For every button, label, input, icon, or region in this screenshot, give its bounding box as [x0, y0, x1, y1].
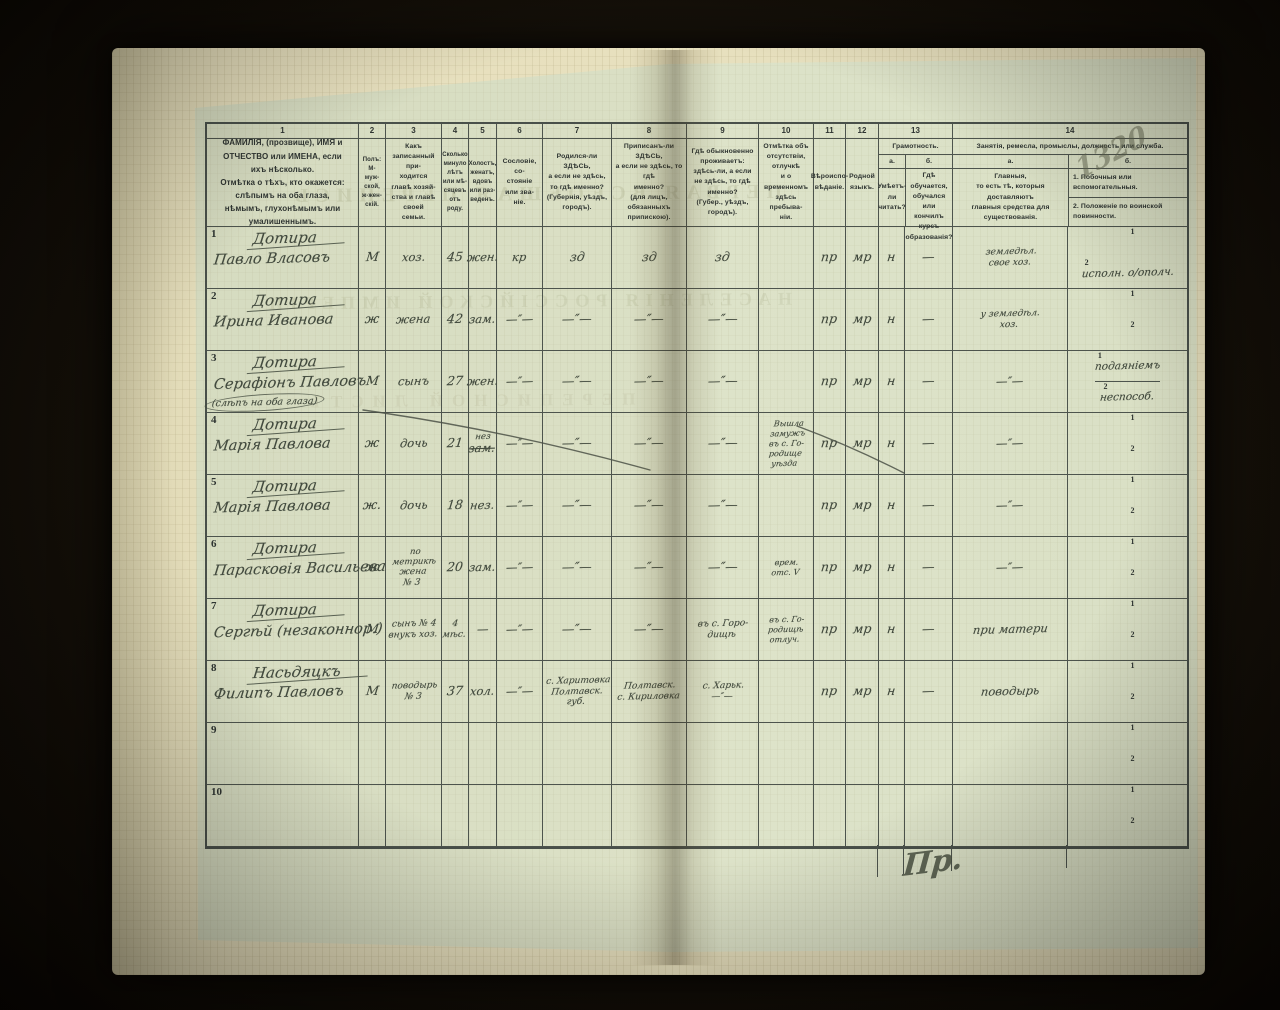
cell-r1-c6: кр	[497, 227, 543, 289]
handwritten-value: мр	[852, 560, 872, 575]
cell-r1-c4: 45	[442, 227, 469, 289]
cell-r2-c3: жена	[386, 289, 442, 351]
cell-r2-c7: —″—	[543, 289, 612, 351]
cell-r5-c9: —″—	[687, 475, 759, 537]
cell-r7-c9: въ с. Горо- дищѣ	[687, 599, 759, 661]
handwritten-value: н	[887, 312, 897, 327]
cell-r8-c10	[759, 661, 814, 723]
handwritten-value: въ с. Горо- дищѣ	[696, 618, 749, 641]
cell-r6-c14a: —″—	[953, 537, 1068, 599]
cell-r5-c6: —″—	[497, 475, 543, 537]
cell-r5-c14b: 12	[1068, 475, 1187, 537]
handwritten-value: зд	[714, 250, 730, 265]
cell-r1-c12: мр	[846, 227, 879, 289]
cell-r7-c5: —	[469, 599, 497, 661]
col11-number: 11	[814, 124, 846, 139]
subcell-number: 2	[1131, 631, 1135, 639]
handwritten-l1: Дотира	[252, 477, 318, 496]
cell-r3-c3: сынъ	[386, 351, 442, 413]
cell-r2-c11: пр	[814, 289, 846, 351]
handwritten-value: —	[921, 684, 935, 699]
cell-r10-c3	[386, 785, 442, 847]
row-number: 3	[211, 353, 217, 364]
handwritten-value: мр	[852, 250, 872, 265]
handwritten-value: —″—	[707, 498, 738, 514]
cell-r8-c3: поводырь № 3	[386, 661, 442, 723]
handwritten-l1: Дотира	[252, 291, 318, 310]
handwritten-value: —″—	[505, 374, 534, 388]
handwritten-value: 20	[446, 560, 464, 575]
cell-r5-c5: нез.	[469, 475, 497, 537]
col10-header: Отмѣтка объ отсутствіи, отлучкѣ и о врем…	[759, 139, 814, 227]
handwritten-value: —″—	[633, 498, 664, 514]
cell-r1-c5: жен.	[469, 227, 497, 289]
cell-r5-c12: мр	[846, 475, 879, 537]
row-3-name-cell: 3ДотираСерафіонъ Павловъ(слѣпъ на оба гл…	[207, 351, 359, 413]
cell-r7-c13a: н	[879, 599, 905, 661]
handwritten-value: М	[365, 622, 380, 637]
handwritten-value: 42	[446, 312, 464, 327]
cell-r9-c10	[759, 723, 814, 785]
subcell-2: 2исполн. о/ополч.	[1082, 258, 1174, 288]
handwritten-value: зам.	[469, 560, 497, 574]
cell-r5-c14a: —″—	[953, 475, 1068, 537]
handwritten-value: —″—	[996, 374, 1025, 388]
col9-header: Гдѣ обыкновенно проживаетъ: здѣсь-ли, а …	[687, 139, 759, 227]
cell-r3-c12: мр	[846, 351, 879, 413]
cell-r7-c13b: —	[905, 599, 953, 661]
cell-r9-c7	[543, 723, 612, 785]
handwritten-value: нез.	[470, 498, 496, 512]
row-number: 10	[211, 787, 222, 798]
cell-r10-c6	[497, 785, 543, 847]
handwritten-value: н	[887, 436, 897, 451]
handwritten-value: —	[921, 436, 935, 451]
handwritten-value: —″—	[996, 498, 1025, 512]
cell-r1-c8: зд	[612, 227, 687, 289]
cell-r4-c14a: —″—	[953, 413, 1068, 475]
cell-r3-c14b: 1подаяніемъ2неспособ.	[1068, 351, 1187, 413]
handwritten-value: неспособ.	[1100, 390, 1156, 404]
cell-r4-c4: 21	[442, 413, 469, 475]
handwritten-value: 18	[446, 498, 464, 513]
row-number: 9	[211, 725, 217, 736]
cell-r9-c6	[497, 723, 543, 785]
row-number: 6	[211, 539, 217, 550]
cell-r4-c2: ж	[359, 413, 386, 475]
handwritten-value: мр	[852, 684, 872, 699]
handwritten-value: —″—	[561, 622, 592, 638]
subcell-1: 1подаяніемъ	[1095, 351, 1160, 382]
handwritten-value: пр	[821, 684, 839, 699]
row-number: 4	[211, 415, 217, 426]
handwritten-value: —″—	[561, 312, 592, 328]
cell-r8-c8: Полтавск. с. Кириловка	[612, 661, 687, 723]
handwritten-value: жена	[396, 312, 432, 326]
subcell-number: 2	[1131, 817, 1135, 825]
handwritten-value: —″—	[561, 436, 592, 452]
cell-r6-c3: по метрикѣжена № 3	[386, 537, 442, 599]
cell-r3-c4: 27	[442, 351, 469, 413]
subcell-number: 2	[1131, 321, 1135, 329]
cell-r6-c9: —″—	[687, 537, 759, 599]
cell-r7-c14a: при матери	[953, 599, 1068, 661]
cell-r4-c7: —″—	[543, 413, 612, 475]
cell-r5-c4: 18	[442, 475, 469, 537]
handwritten-value: —	[476, 623, 489, 637]
cell-r10-c13a	[879, 785, 905, 847]
handwritten-value: —″—	[633, 374, 664, 390]
handwritten-value: —″—	[561, 374, 592, 390]
handwritten-value: —″—	[505, 436, 534, 450]
handwritten-value: —″—	[707, 374, 738, 390]
col14a: а. Главныя, то есть тѣ, которыя доставля…	[953, 155, 1069, 226]
handwritten-value: дочь	[399, 498, 428, 512]
col14-number: 14	[953, 124, 1187, 139]
handwritten-l2: Марія Павлова	[213, 497, 332, 517]
handwritten-value: с. Харьк. —″—	[700, 680, 744, 702]
cell-r3-c14a: —″—	[953, 351, 1068, 413]
cell-r3-c6: —″—	[497, 351, 543, 413]
handwritten-value: ж	[364, 436, 380, 451]
subcell-number: 1	[1131, 538, 1135, 546]
row-8-name-cell: 8НасьдяцкъФилипъ Павловъ	[207, 661, 359, 723]
col3-number: 3	[386, 124, 442, 139]
cell-r6-c8: —″—	[612, 537, 687, 599]
cell-r4-c8: —″—	[612, 413, 687, 475]
cell-r5-c3: дочь	[386, 475, 442, 537]
cell-r7-c11: пр	[814, 599, 846, 661]
cell-r9-c5	[469, 723, 497, 785]
col7-number: 7	[543, 124, 612, 139]
cell-r9-c9	[687, 723, 759, 785]
cell-r2-c14a: у земледѣл. хоз.	[953, 289, 1068, 351]
subcell-number: 2	[1131, 569, 1135, 577]
cell-r4-c13a: н	[879, 413, 905, 475]
cell-r9-c11	[814, 723, 846, 785]
handwritten-value: мр	[852, 374, 872, 389]
row-2-name-cell: 2ДотираИрина Иванова	[207, 289, 359, 351]
cell-r9-c14a	[953, 723, 1068, 785]
occupation-band: Занятія, ремесла, промыслы, должность ил…	[953, 139, 1187, 155]
handwritten-value: —″—	[707, 436, 738, 452]
handwritten-value: н	[887, 560, 897, 575]
cell-r2-c9: —″—	[687, 289, 759, 351]
handwritten-l1: Дотира	[252, 415, 318, 434]
subcell-number: 2	[1131, 755, 1135, 763]
cell-r9-c8	[612, 723, 687, 785]
cell-r5-c13b: —	[905, 475, 953, 537]
row-number: 5	[211, 477, 217, 488]
handwritten-value: въ с. Го- родищѣ отлуч.	[767, 614, 806, 645]
handwritten-value: пр	[821, 312, 839, 327]
cell-r8-c13a: н	[879, 661, 905, 723]
cell-r9-c4	[442, 723, 469, 785]
subcell-number: 1	[1131, 290, 1135, 298]
subcell-number: 2	[1131, 507, 1135, 515]
cell-r7-c4: 4 мѣс.	[442, 599, 469, 661]
cell-r10-c14b: 12	[1068, 785, 1187, 847]
handwritten-value: —″—	[505, 498, 534, 512]
cell-r4-c3: дочь	[386, 413, 442, 475]
cell-r10-c5	[469, 785, 497, 847]
handwritten-l2: Сергѣй (незаконнор.)	[213, 620, 384, 642]
col5-number: 5	[469, 124, 497, 139]
cell-r2-c5: зам.	[469, 289, 497, 351]
row-4-name-cell: 4ДотираМарія Павлова	[207, 413, 359, 475]
cell-r8-c13b: —	[905, 661, 953, 723]
cell-r9-c3	[386, 723, 442, 785]
col1-header: ФАМИЛІЯ, (прозвище), ИМЯ и ОТЧЕСТВО или …	[207, 139, 359, 227]
scanned-census-page: ПЕРВАЯ ВСЕОБЩАЯ ПЕРЕПИСЬ НАСЕЛЕНІЯ РОССІ…	[0, 0, 1280, 1010]
subcell-number: 2	[1131, 445, 1135, 453]
cell-r2-c6: —″—	[497, 289, 543, 351]
col6-number: 6	[497, 124, 543, 139]
subcell-number: 2	[1131, 693, 1135, 701]
handwritten-value: —″—	[505, 684, 534, 698]
cell-r5-c13a: н	[879, 475, 905, 537]
handwritten-value: поводырь	[980, 684, 1040, 699]
handwritten-value: 45	[446, 250, 464, 265]
col8-number: 8	[612, 124, 687, 139]
handwritten-value: мр	[852, 622, 872, 637]
handwritten-value: —″—	[505, 560, 534, 574]
cell-r8-c14a: поводырь	[953, 661, 1068, 723]
handwritten-value: —″—	[633, 560, 664, 576]
row-7-name-cell: 7ДотираСергѣй (незаконнор.)	[207, 599, 359, 661]
handwritten-value: по метрикѣжена № 3	[384, 546, 444, 589]
handwritten-value: врем. отс. V	[771, 557, 801, 578]
cell-r6-c4: 20	[442, 537, 469, 599]
col12-header: Родной языкъ.	[846, 139, 879, 227]
handwritten-l2: Марія Павлова	[213, 435, 332, 455]
cell-r2-c12: мр	[846, 289, 879, 351]
cell-r9-c13b	[905, 723, 953, 785]
handwritten-value: пр	[821, 560, 839, 575]
handwritten-l1: Насьдяцкъ	[252, 663, 342, 683]
cell-r4-c10: Вышла замужъ въ с. Го- родище уѣзда	[759, 413, 814, 475]
cell-r4-c13b: —	[905, 413, 953, 475]
cell-r4-c14b: 12	[1068, 413, 1187, 475]
cell-r9-c2	[359, 723, 386, 785]
handwritten-value: жен.	[466, 250, 499, 264]
col13b-label: б.	[906, 155, 952, 169]
row-9-name-cell: 9	[207, 723, 359, 785]
col7-header: Родился-ли ЗДѢСЬ, а если не здѣсь, то гд…	[543, 139, 612, 227]
cell-r8-c12: мр	[846, 661, 879, 723]
cell-r10-c12	[846, 785, 879, 847]
cell-r3-c11: пр	[814, 351, 846, 413]
cell-r4-c6: —″—	[497, 413, 543, 475]
cell-r8-c4: 37	[442, 661, 469, 723]
cell-r1-c13b: —	[905, 227, 953, 289]
handwritten-value: н	[887, 622, 897, 637]
cell-r1-c14a: земледѣл. свое хоз.	[953, 227, 1068, 289]
handwritten-value: —″—	[707, 312, 738, 328]
cell-r10-c4	[442, 785, 469, 847]
literacy-band: Грамотность.	[879, 139, 952, 155]
cell-r3-c13a: н	[879, 351, 905, 413]
handwritten-value: ж.	[362, 498, 382, 513]
handwritten-l1: Дотира	[252, 539, 318, 558]
handwritten-value: пр	[821, 622, 839, 637]
cell-r6-c14b: 12	[1068, 537, 1187, 599]
cell-r7-c14b: 12	[1068, 599, 1187, 661]
handwritten-value: земледѣл. свое хоз.	[983, 246, 1037, 269]
handwritten-value: исполн. о/ополч.	[1081, 266, 1175, 281]
cell-r3-c9: —″—	[687, 351, 759, 413]
handwritten-value: —″—	[707, 560, 738, 576]
grid-stub	[877, 845, 878, 877]
cell-r10-c8	[612, 785, 687, 847]
cell-r2-c10	[759, 289, 814, 351]
col10-number: 10	[759, 124, 814, 139]
subcell-number: 2	[1103, 383, 1107, 391]
handwritten-l1: Дотира	[252, 229, 318, 248]
handwritten-value: 27	[446, 374, 464, 389]
col6-header: Сословіе, со- стояніе или зва- ніе.	[497, 139, 543, 227]
col14b-item2: 2. Положеніе по воинской повинности.	[1069, 198, 1187, 226]
col13a-label: а.	[879, 155, 905, 169]
handwritten-value: —″—	[505, 312, 534, 326]
row-5-name-cell: 5ДотираМарія Павлова	[207, 475, 359, 537]
handwritten-value: мр	[852, 436, 872, 451]
cell-r1-c13a: н	[879, 227, 905, 289]
handwritten-value: —	[921, 622, 935, 637]
handwritten-l2: Павло Власовъ	[213, 249, 331, 269]
handwritten-value: с. Харитовка Полтавск. губ.	[543, 675, 611, 708]
cell-r7-c8: —″—	[612, 599, 687, 661]
cell-r3-c7: —″—	[543, 351, 612, 413]
handwritten-l1: Дотира	[252, 601, 318, 620]
cell-r6-c6: —″—	[497, 537, 543, 599]
handwritten-value: —″—	[996, 436, 1025, 450]
cell-r2-c14b: 12	[1068, 289, 1187, 351]
handwritten-value: М	[365, 374, 380, 389]
col3-header: Какъ записанный при- ходится главѣ хозяй…	[386, 139, 442, 227]
subcell-number: 1	[1098, 352, 1102, 360]
handwritten-value: —″—	[561, 560, 592, 576]
cell-r1-c11: пр	[814, 227, 846, 289]
grid-stub	[1066, 845, 1067, 868]
cell-r3-c8: —″—	[612, 351, 687, 413]
handwritten-value: Полтавск. с. Кириловка	[617, 680, 682, 703]
handwritten-value: н	[887, 498, 897, 513]
cell-r3-c5: жен.	[469, 351, 497, 413]
handwritten-value: н	[887, 374, 897, 389]
col11-header: Вѣроиспо- вѣданіе.	[814, 139, 846, 227]
cell-r2-c8: —″—	[612, 289, 687, 351]
handwritten-value: —	[921, 374, 935, 389]
handwritten-value: кр	[512, 251, 528, 265]
col14-header-group: Занятія, ремесла, промыслы, должность ил…	[953, 139, 1187, 227]
handwritten-value: 4 мѣс.	[442, 619, 468, 641]
col5-header: Холостъ, женатъ, вдовъ или раз- веденъ.	[469, 139, 497, 227]
handwritten-value: пр	[821, 374, 839, 389]
handwritten-value: —″—	[561, 498, 592, 514]
handwritten-value: пр	[821, 436, 839, 451]
handwritten-value: —	[921, 560, 935, 575]
cell-r2-c13b: —	[905, 289, 953, 351]
handwritten-value: —″—	[996, 560, 1025, 574]
cell-r8-c7: с. Харитовка Полтавск. губ.	[543, 661, 612, 723]
col13a-desc: Умѣетъ- ли читать?	[879, 169, 905, 226]
col2-header: Полъ: М-муж- ской, ж-жен- скій.	[359, 139, 386, 227]
subcell-number: 1	[1131, 476, 1135, 484]
handwritten-value: 21	[446, 436, 464, 451]
cell-r10-c13b	[905, 785, 953, 847]
col12-number: 12	[846, 124, 879, 139]
col14a-label: а.	[953, 155, 1068, 169]
cell-r3-c2: М	[359, 351, 386, 413]
cell-r1-c9: зд	[687, 227, 759, 289]
cell-r6-c5: зам.	[469, 537, 497, 599]
handwritten-value: сынъ	[397, 374, 430, 388]
cell-r10-c10	[759, 785, 814, 847]
cell-r4-c9: —″—	[687, 413, 759, 475]
handwritten-value: —″—	[505, 622, 534, 636]
handwritten-value: мр	[852, 498, 872, 513]
cell-r4-c11: пр	[814, 413, 846, 475]
col13b: б. Гдѣ обучается, обучался или кончилъ к…	[906, 155, 952, 226]
cell-r6-c10: врем. отс. V	[759, 537, 814, 599]
row-1-name-cell: 1ДотираПавло Власовъ	[207, 227, 359, 289]
col13-number: 13	[879, 124, 953, 139]
cell-r6-c7: —″—	[543, 537, 612, 599]
cell-r5-c10	[759, 475, 814, 537]
handwritten-value: зд	[641, 250, 657, 265]
cell-r7-c6: —″—	[497, 599, 543, 661]
cell-r9-c12	[846, 723, 879, 785]
cell-r8-c5: хол.	[469, 661, 497, 723]
cell-r2-c2: ж	[359, 289, 386, 351]
handwritten-value: зам.	[469, 312, 497, 326]
handwritten-value: подаяніемъ	[1094, 359, 1161, 373]
handwritten-l1: Дотира	[252, 353, 318, 372]
handwritten-l2: Серафіонъ Павловъ	[213, 373, 367, 394]
cell-r7-c2: М	[359, 599, 386, 661]
row-number: 7	[211, 601, 217, 612]
handwritten-value: —″—	[633, 436, 664, 452]
handwritten-value: зд	[569, 250, 585, 265]
cell-r5-c2: ж.	[359, 475, 386, 537]
handwritten-value: —″—	[633, 622, 664, 638]
cell-r8-c6: —″—	[497, 661, 543, 723]
subcell-number: 1	[1131, 662, 1135, 670]
cell-r8-c2: М	[359, 661, 386, 723]
col4-header: Сколько минуло лѣтъ или мѣ- сяцевъ отъ р…	[442, 139, 469, 227]
cell-r1-c3: хоз.	[386, 227, 442, 289]
handwritten-value: сынъ № 4 внукъ хоз.	[388, 618, 439, 640]
cell-r1-c14b: 12исполн. о/ополч.	[1068, 227, 1187, 289]
cell-r4-c12: мр	[846, 413, 879, 475]
col14a-desc: Главныя, то есть тѣ, которыя доставляютъ…	[953, 169, 1068, 226]
handwritten-l3: (слѣпъ на оба глаза)	[211, 395, 318, 409]
handwritten-value: неззам.	[468, 431, 497, 455]
handwritten-value: —	[921, 312, 935, 327]
handwritten-l2: Ирина Иванова	[213, 311, 335, 331]
handwritten-value: —	[921, 250, 935, 265]
cell-r6-c13a: н	[879, 537, 905, 599]
cell-r10-c2	[359, 785, 386, 847]
handwritten-value: поводырь № 3	[389, 680, 437, 702]
col2-number: 2	[359, 124, 386, 139]
handwritten-value: дочь	[399, 436, 428, 450]
col8-header: Приписанъ-ли ЗДѢСЬ, а если не здѣсь, то …	[612, 139, 687, 227]
cell-r2-c13a: н	[879, 289, 905, 351]
cell-r8-c11: пр	[814, 661, 846, 723]
cell-r7-c7: —″—	[543, 599, 612, 661]
